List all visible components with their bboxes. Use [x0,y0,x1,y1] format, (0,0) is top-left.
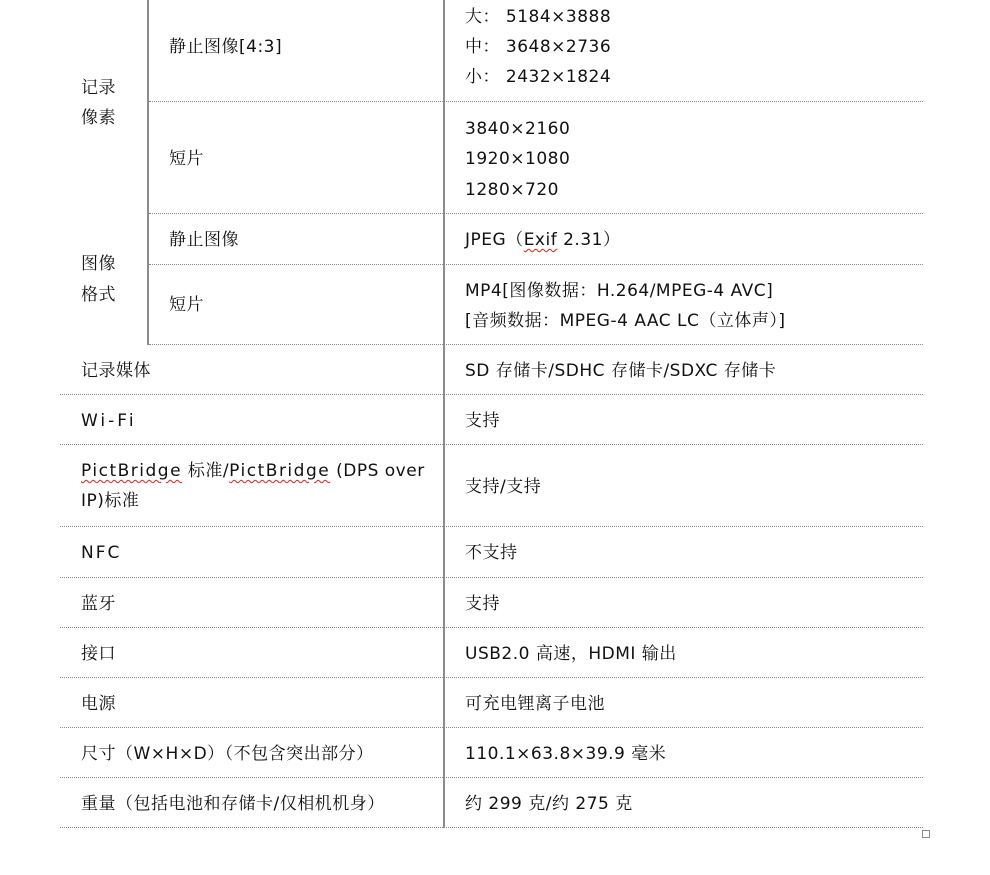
row-divider [149,213,923,214]
row-divider [60,394,923,395]
row-value: 支持 [465,589,500,619]
row-divider [60,827,923,828]
row-label-movie-pixels: 短片 [169,144,204,174]
row-label: 蓝牙 [81,589,116,619]
spellcheck-word: PictBridge [229,461,330,481]
value-line: 中： 3648×2736 [465,32,611,62]
column-divider-line [443,0,445,828]
row-divider [60,727,923,728]
spellcheck-word: Exif [524,230,558,250]
row-label: 尺寸（W×H×D）（不包含突出部分） [81,739,374,769]
row-value: 约 299 克/约 275 克 [465,789,633,819]
row-value: 不支持 [465,538,518,568]
value-line: 1920×1080 [465,144,570,174]
row-value: 支持/支持 [465,472,541,502]
row-label: 接口 [81,639,116,669]
row-label-movie-format: 短片 [169,290,204,320]
row-label: 电源 [81,689,116,719]
row-label-line2: IP)标准 [81,486,139,516]
group-divider-line [147,0,149,345]
label-text: (DPS over [330,461,424,481]
value-line: 大： 5184×3888 [465,2,611,32]
value-line: 3840×2160 [465,114,570,144]
still-format-value: JPEG（Exif 2.31） [465,225,620,255]
row-value: SD 存储卡/SDHC 存储卡/SDXC 存储卡 [465,356,776,386]
row-divider [60,526,923,527]
group-label: 记录 [81,73,116,103]
value-line: [音频数据：MPEG-4 AAC LC（立体声）] [465,306,786,336]
row-label: 记录媒体 [81,356,151,386]
row-label-still-format: 静止图像 [169,225,239,255]
row-value: USB2.0 高速，HDMI 输出 [465,639,677,669]
row-divider [60,444,923,445]
row-label: NFC [81,538,121,568]
row-divider [149,264,923,265]
group-label: 图像 [81,249,116,279]
spellcheck-word: PictBridge [81,461,182,481]
row-value: 110.1×63.8×39.9 毫米 [465,739,666,769]
group-label: 像素 [81,103,116,133]
row-value: 可充电锂离子电池 [465,689,605,719]
row-divider [149,101,923,102]
row-divider [60,577,923,578]
row-label: PictBridge 标准/PictBridge (DPS over [81,456,425,486]
value-text: JPEG（ [465,230,524,250]
row-label-still-pixels: 静止图像[4:3] [169,32,282,62]
row-label: 重量（包括电池和存储卡/仅相机机身） [81,789,385,819]
row-divider [60,627,923,628]
value-line: 小： 2432×1824 [465,62,611,92]
value-line: 1280×720 [465,175,559,205]
value-text: 2.31） [557,230,620,250]
row-divider [60,777,923,778]
group-label: 格式 [81,280,116,310]
value-line: MP4[图像数据：H.264/MPEG-4 AVC] [465,276,773,306]
label-text: 标准/ [182,461,229,481]
row-divider [149,344,923,345]
row-divider [60,677,923,678]
row-label: Wi-Fi [81,406,137,436]
row-value: 支持 [465,406,500,436]
table-resize-handle[interactable] [922,830,930,838]
